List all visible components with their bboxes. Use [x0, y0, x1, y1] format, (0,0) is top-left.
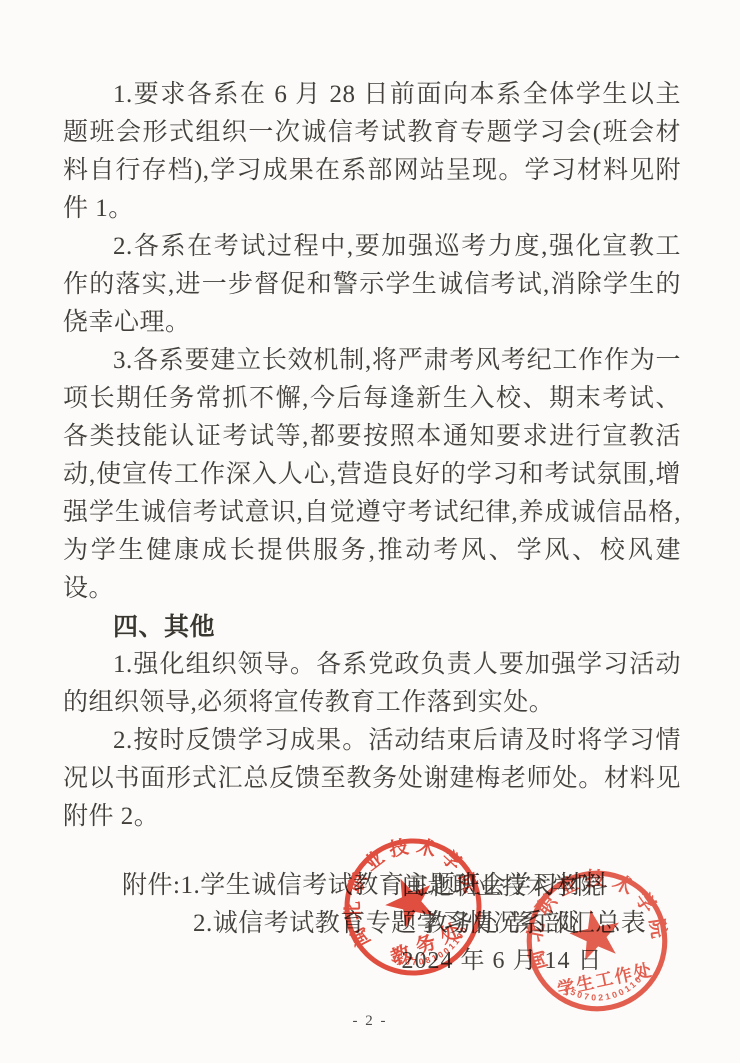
section4-item-1: 1.强化组织领导。各系党政负责人要加强学习活动的组织领导,必须将宣传教育工作落到…: [63, 646, 681, 722]
signature-block: 闽北职业技术学院 教务处 学工处 2024 年 6 月 14 日: [352, 869, 652, 980]
paragraph-3: 3.各系要建立长效机制,将严肃考风考纪工作作为一项长期任务常抓不懈,今后每逢新生…: [63, 342, 681, 608]
signature-departments: 教务处 学工处: [352, 906, 652, 943]
section-heading: 四、其他: [63, 608, 681, 646]
attachments-label: 附件:: [122, 872, 180, 899]
section4-item-2: 2.按时反馈学习成果。活动结束后请及时将学习情况以书面形式汇总反馈至教务处谢建梅…: [63, 722, 681, 836]
page-number: - 2 -: [0, 1013, 740, 1030]
paragraph-2: 2.各系在考试过程中,要加强巡考力度,强化宣教工作的落实,进一步督促和警示学生诚…: [63, 228, 681, 342]
signature-date: 2024 年 6 月 14 日: [352, 943, 652, 980]
paragraph-1: 1.要求各系在 6 月 28 日前面向本系全体学生以主题班会形式组织一次诚信考试…: [63, 76, 681, 228]
document-page: 1.要求各系在 6 月 28 日前面向本系全体学生以主题班会形式组织一次诚信考试…: [0, 0, 740, 1063]
signature-organization: 闽北职业技术学院: [352, 869, 652, 906]
document-body: 1.要求各系在 6 月 28 日前面向本系全体学生以主题班会形式组织一次诚信考试…: [63, 76, 681, 943]
